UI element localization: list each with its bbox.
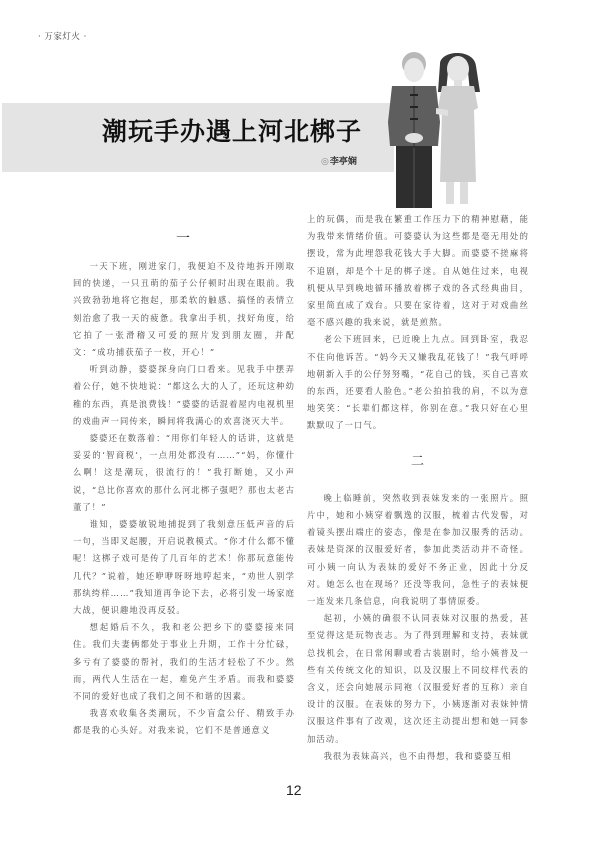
paragraph: 晚上临睡前，突然收到表妹发来的一张照片。照片中，她和小姨穿着飘逸的汉服，梳着古代… [307, 490, 529, 610]
paragraph: 我很为表妹高兴，也不由得想，我和婆婆互相 [307, 748, 529, 765]
paragraph: 听到动静，婆婆探身向门口看来。见我手中摆弄着公仔，她不快地说：“都这么大的人了，… [73, 361, 295, 430]
paragraph: 起初，小姨的确很不认同表妹对汉服的热爱，甚至觉得这是玩物丧志。为了得到理解和支持… [307, 610, 529, 748]
paragraph: 一天下班，刚进家门，我便迫不及待地拆开刚取回的快递，一只丑萌的茄子公仔顿时出现在… [73, 258, 295, 361]
page-number: 12 [286, 782, 302, 798]
grandmother-and-young-woman-illustration [378, 52, 508, 212]
article-title: 潮玩手办遇上河北梆子 [102, 112, 362, 148]
paragraph: 谁知，婆婆敏锐地捕捉到了我刻意压低声音的后一句，当即叉起腰，开启说教模式。“你才… [73, 516, 295, 619]
paragraph: 老公下班回来，已近晚上九点。回到卧室，我忍不住向他诉苦。“妈今天又嫌我乱花钱了！… [307, 331, 529, 434]
paragraph-continued: 上的玩偶，而是我在繁重工作压力下的精神慰藉，能为我带来情绪价值。可婆婆认为这些都… [307, 211, 529, 331]
section-tag: · 万家灯火 · [38, 30, 87, 42]
section-heading-2: 二 [307, 453, 529, 470]
paragraph: 婆婆还在数落着：“用你们年轻人的话讲，这就是妥妥的‘智商税’，一点用处都没有……… [73, 430, 295, 516]
article-column-right: 上的玩偶，而是我在繁重工作压力下的精神慰藉，能为我带来情绪价值。可婆婆认为这些都… [307, 211, 529, 765]
author-name: 李亭娴 [330, 157, 357, 167]
byline-mark-icon: ◎ [321, 157, 329, 167]
article-column-left: 一天下班，刚进家门，我便迫不及待地拆开刚取回的快递，一只丑萌的茄子公仔顿时出现在… [73, 258, 295, 740]
paragraph: 我喜欢收集各类潮玩，不少盲盒公仔、精致手办都是我的心头好。对我来说，它们不是普通… [73, 705, 295, 739]
paragraph: 想起婚后不久，我和老公把乡下的婆婆接来同住。我们夫妻俩都处于事业上升期，工作十分… [73, 619, 295, 705]
section-heading-1: 一 [176, 228, 190, 248]
byline: ◎李亭娴 [321, 154, 357, 167]
